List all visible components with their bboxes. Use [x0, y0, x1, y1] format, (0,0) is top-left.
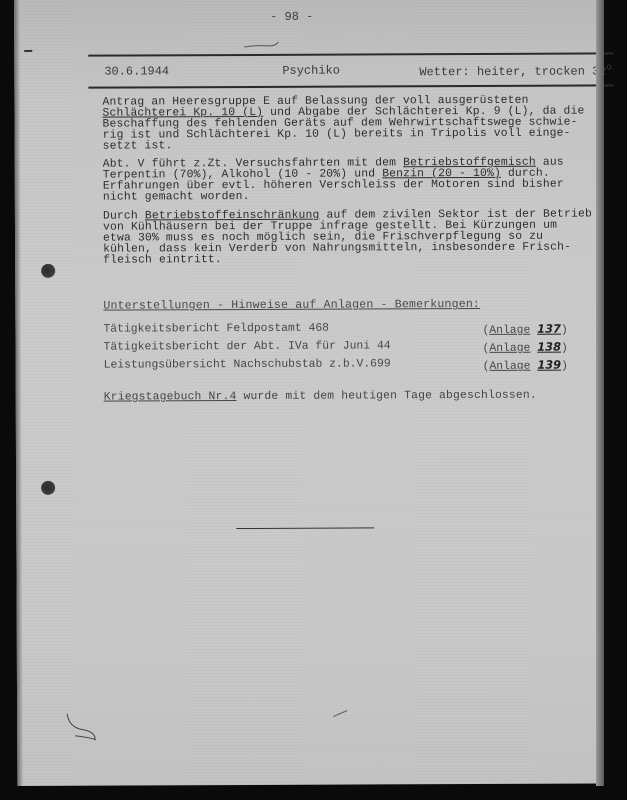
document-page: - 98 - 30.6.1944 Psychiko Wetter: heiter… — [14, 0, 602, 786]
attachments-heading-text: Unterstellungen - Hinweise auf Anlagen -… — [103, 298, 480, 313]
attachment-title: Tätigkeitsbericht der Abt. IVa für Juni … — [103, 340, 390, 353]
text-segment: rig ist und Schlächterei Kp. 10 (L) bere… — [103, 128, 571, 142]
header-weather: Wetter: heiter, trocken 32o — [419, 62, 612, 79]
closing-title: Kriegstagebuch Nr.4 — [104, 391, 237, 404]
attachment-row: Tätigkeitsbericht Feldpostamt 468(Anlage… — [103, 322, 573, 336]
attachment-ref-label: Anlage — [489, 325, 530, 337]
attachment-title: Leistungsübersicht Nachschubstab z.b.V.6… — [104, 358, 391, 371]
weather-text: Wetter: heiter, trocken 32 — [419, 64, 606, 79]
attachments-heading: Unterstellungen - Hinweise auf Anlagen -… — [103, 300, 480, 312]
text-segment: nicht gemacht worden. — [103, 191, 250, 204]
punch-hole-top — [41, 264, 55, 278]
pencil-dash — [331, 709, 351, 719]
attachment-ref-number: 137 — [537, 322, 561, 336]
closing-line: Kriegstagebuch Nr.4 wurde mit dem heutig… — [104, 391, 537, 404]
header-rule-bottom — [88, 84, 613, 88]
text-segment: setzt ist. — [103, 140, 173, 152]
closing-text: wurde mit dem heutigen Tage abgeschlosse… — [236, 390, 536, 403]
text-segment: fleisch eintritt. — [103, 254, 222, 267]
margin-mark — [24, 50, 32, 52]
paragraph-line: rig ist und Schlächterei Kp. 10 (L) bere… — [103, 128, 613, 141]
punch-hole-bottom — [41, 481, 55, 495]
attachment-title: Tätigkeitsbericht Feldpostamt 468 — [103, 323, 329, 336]
attachment-ref: (Anlage 137) — [482, 322, 567, 337]
paragraph-line: fleisch eintritt. — [103, 253, 613, 266]
paragraph-line: nicht gemacht worden. — [103, 190, 613, 203]
attachment-row: Leistungsübersicht Nachschubstab z.b.V.6… — [104, 358, 574, 372]
paragraph-line: setzt ist. — [103, 139, 613, 152]
paragraph: Antrag an Heeresgruppe E auf Belassung d… — [102, 95, 612, 152]
header-date: 30.6.1944 — [104, 64, 169, 78]
attachment-ref: (Anlage 139) — [483, 358, 568, 373]
attachment-ref-label: Anlage — [489, 343, 530, 355]
attachment-row: Tätigkeitsbericht der Abt. IVa für Juni … — [103, 340, 573, 354]
page-right-edge — [596, 0, 604, 786]
attachment-ref-number: 138 — [537, 340, 561, 354]
signature-line — [236, 527, 374, 529]
pencil-scribble — [53, 710, 103, 746]
header-rule-top — [88, 52, 613, 56]
pencil-mark — [242, 39, 292, 51]
attachment-ref: (Anlage 138) — [482, 340, 567, 355]
header-location: Psychiko — [282, 64, 340, 78]
attachment-ref-number: 139 — [537, 358, 561, 372]
attachment-ref-label: Anlage — [489, 361, 530, 373]
paragraph: Durch Betriebstoffeinschränkung auf dem … — [103, 209, 613, 266]
paragraph: Abt. V führt z.Zt. Versuchsfahrten mit d… — [103, 157, 613, 203]
page-number: - 98 - — [270, 10, 313, 24]
degree-sign: o — [607, 62, 612, 72]
